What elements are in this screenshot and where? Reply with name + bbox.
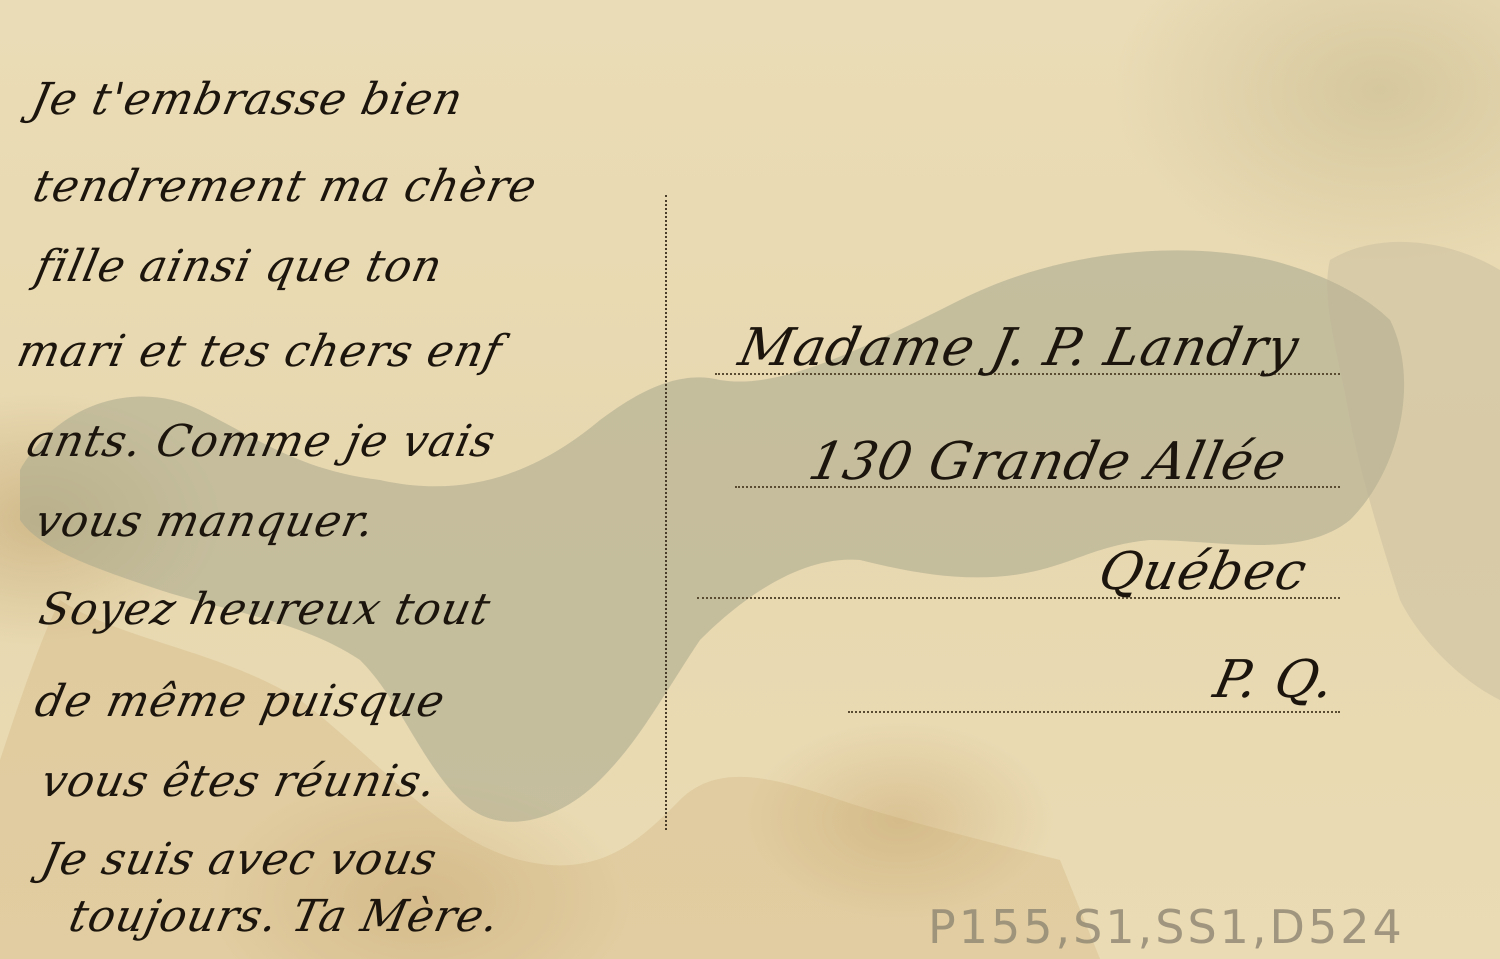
message-line: fille ainsi que ton bbox=[31, 245, 446, 289]
postcard: Je t'embrasse bien tendrement ma chère f… bbox=[0, 0, 1500, 959]
city: Québec bbox=[1094, 542, 1313, 602]
message-line: tendrement ma chère bbox=[29, 165, 540, 209]
message-line: ants. Comme je vais bbox=[23, 420, 499, 464]
message-line: de même puisque bbox=[31, 680, 449, 724]
message-signature: toujours. Ta Mère. bbox=[65, 895, 503, 939]
street-address: 130 Grande Allée bbox=[804, 432, 1292, 492]
message-line: Soyez heureux tout bbox=[35, 588, 494, 632]
recipient-name: Madame J. P. Landry bbox=[734, 318, 1305, 378]
province: P. Q. bbox=[1209, 650, 1341, 710]
card-divider bbox=[665, 195, 667, 830]
archive-reference: P155,S1,SS1,D524 bbox=[928, 900, 1405, 954]
message-line: Je t'embrasse bien bbox=[27, 78, 467, 122]
message-line: vous manquer. bbox=[31, 500, 379, 544]
message-line: Je suis avec vous bbox=[37, 838, 441, 882]
message-line: vous êtes réunis. bbox=[37, 760, 440, 804]
message-line: mari et tes chers enf bbox=[13, 330, 506, 374]
address-line-4 bbox=[848, 711, 1340, 713]
